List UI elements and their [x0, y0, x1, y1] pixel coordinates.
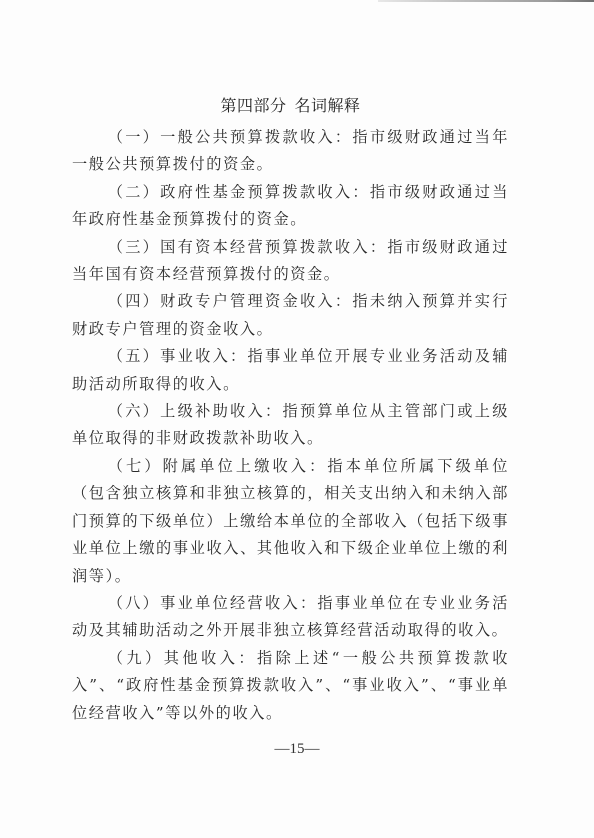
page-number: —15— — [0, 741, 594, 758]
definition-paragraph-1: （一）一般公共预算拨款收入：指市级财政通过当年一般公共预算拨付的资金。 — [72, 124, 509, 179]
section-title: 第四部分名词解释 — [72, 92, 509, 120]
document-page: 第四部分名词解释 （一）一般公共预算拨款收入：指市级财政通过当年一般公共预算拨付… — [72, 92, 509, 727]
definition-paragraph-5: （五）事业收入：指事业单位开展专业业务活动及辅助活动所取得的收入。 — [72, 343, 509, 398]
section-title-part: 第四部分 — [220, 96, 286, 115]
definition-paragraph-8: （八）事业单位经营收入：指事业单位在专业业务活动及其辅助活动之外开展非独立核算经… — [72, 590, 509, 645]
definition-paragraph-3: （三）国有资本经营预算拨款收入：指市级财政通过当年国有资本经营预算拨付的资金。 — [72, 234, 509, 289]
definition-paragraph-7: （七）附属单位上缴收入：指本单位所属下级单位（包含独立核算和非独立核算的，相关支… — [72, 453, 509, 590]
definition-paragraph-6: （六）上级补助收入：指预算单位从主管部门或上级单位取得的非财政拨款补助收入。 — [72, 398, 509, 453]
scan-edge-artifact — [378, 0, 594, 2]
definition-paragraph-4: （四）财政专户管理资金收入：指未纳入预算并实行财政专户管理的资金收入。 — [72, 288, 509, 343]
section-title-name: 名词解释 — [295, 96, 361, 115]
definition-paragraph-9: （九）其他收入：指除上述“一般公共预算拨款收入”、“政府性基金预算拨款收入”、“… — [72, 645, 509, 727]
definition-paragraph-2: （二）政府性基金预算拨款收入：指市级财政通过当年政府性基金预算拨付的资金。 — [72, 179, 509, 234]
